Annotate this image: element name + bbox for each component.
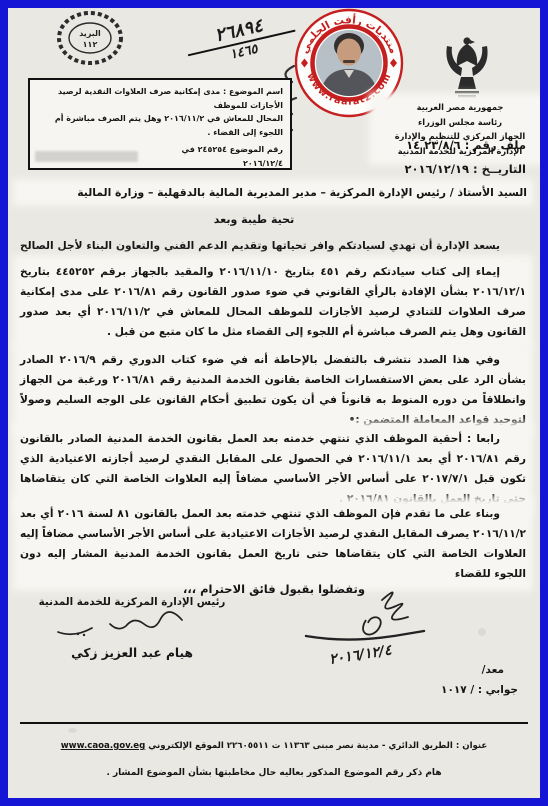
- body-paragraph: إيماء إلى كتاب سيادتكم رقم ٤٥١ بتاريخ ٢٠…: [20, 262, 526, 342]
- letterhead-cabinet: رئاسة مجلس الوزراء: [376, 115, 544, 130]
- body-paragraph: وبناء على ما تقدم فإن الموظف الذي تنتهي …: [20, 504, 526, 584]
- addressee-line: السيد الأستاذ / رئيس الإدارة المركزية – …: [20, 186, 527, 199]
- stamp-text-line2: ١١٢: [83, 40, 98, 49]
- note-ref: رقم الموضوع ٢٤٥٢٥٤ في ٢٠١٦/١٢/٤: [146, 143, 283, 170]
- scanned-letter-page: البريد ١١٢ ٢٦٨٩٤ ١٤٦٥ اسم الموضوع : مدى …: [0, 0, 548, 806]
- handwritten-signature: ٢٠١٦/١٢/٤: [296, 586, 446, 686]
- prepared-by-ref: جوابي : / ١٠١٧: [441, 684, 518, 696]
- footer-address: عنوان : الطريق الدائري - مدينة نصر مبنى …: [148, 741, 487, 751]
- note-line2: المحال للمعاش في ٢٠١٦/١١/٢ وهل يتم الصرف…: [35, 112, 283, 139]
- subject-note-box: اسم الموضوع : مدى إمكانية صرف العلاوات ا…: [28, 78, 292, 170]
- signature-block: رئيس الإدارة المركزية للخدمة المدنية هيا…: [32, 596, 232, 660]
- footer-divider: [20, 722, 528, 724]
- signatory-title: رئيس الإدارة المركزية للخدمة المدنية: [32, 596, 232, 608]
- signatory-signature: [32, 608, 202, 642]
- body-paragraph: رابعا : أحقية الموظف الذي تنتهي خدمته بع…: [20, 429, 526, 509]
- closing-line: وتفضلوا بقبول فائق الاحترام ،،،: [8, 582, 540, 596]
- greeting-line: تحية طيبة وبعد: [8, 213, 500, 226]
- eagle-emblem-icon: [436, 34, 498, 100]
- body-paragraph: وفي هذا الصدد نتشرف بالتفضل بالإحاطة أنه…: [20, 350, 526, 430]
- footer-website-link: www.caoa.gov.eg: [61, 741, 146, 751]
- footer-note: هام ذكر رقم الموضوع المذكور بعاليه حال م…: [18, 768, 530, 778]
- stamp-text-line1: البريد: [79, 29, 101, 38]
- postal-stamp: البريد ١١٢: [55, 10, 125, 68]
- redacted-area: [35, 151, 138, 162]
- scan-noise: [478, 628, 486, 636]
- signatory-name: هيام عبد العزيز زكي: [32, 646, 232, 660]
- signature-date: ٢٠١٦/١٢/٤: [328, 642, 394, 668]
- date-line: التاريــخ : ٢٠١٦/١٢/١٩: [404, 162, 526, 176]
- letterhead-country: جمهورية مصر العربية: [376, 100, 544, 115]
- file-number-line: ملف رقم : ٢٣/٨/٦ ١٤: [406, 138, 526, 152]
- scan-noise: [68, 728, 77, 733]
- footer-address-line: عنوان : الطريق الدائري - مدينة نصر مبنى …: [18, 741, 530, 751]
- note-line1: اسم الموضوع : مدى إمكانية صرف العلاوات ا…: [35, 85, 283, 112]
- prepared-by-label: معد/: [482, 664, 504, 676]
